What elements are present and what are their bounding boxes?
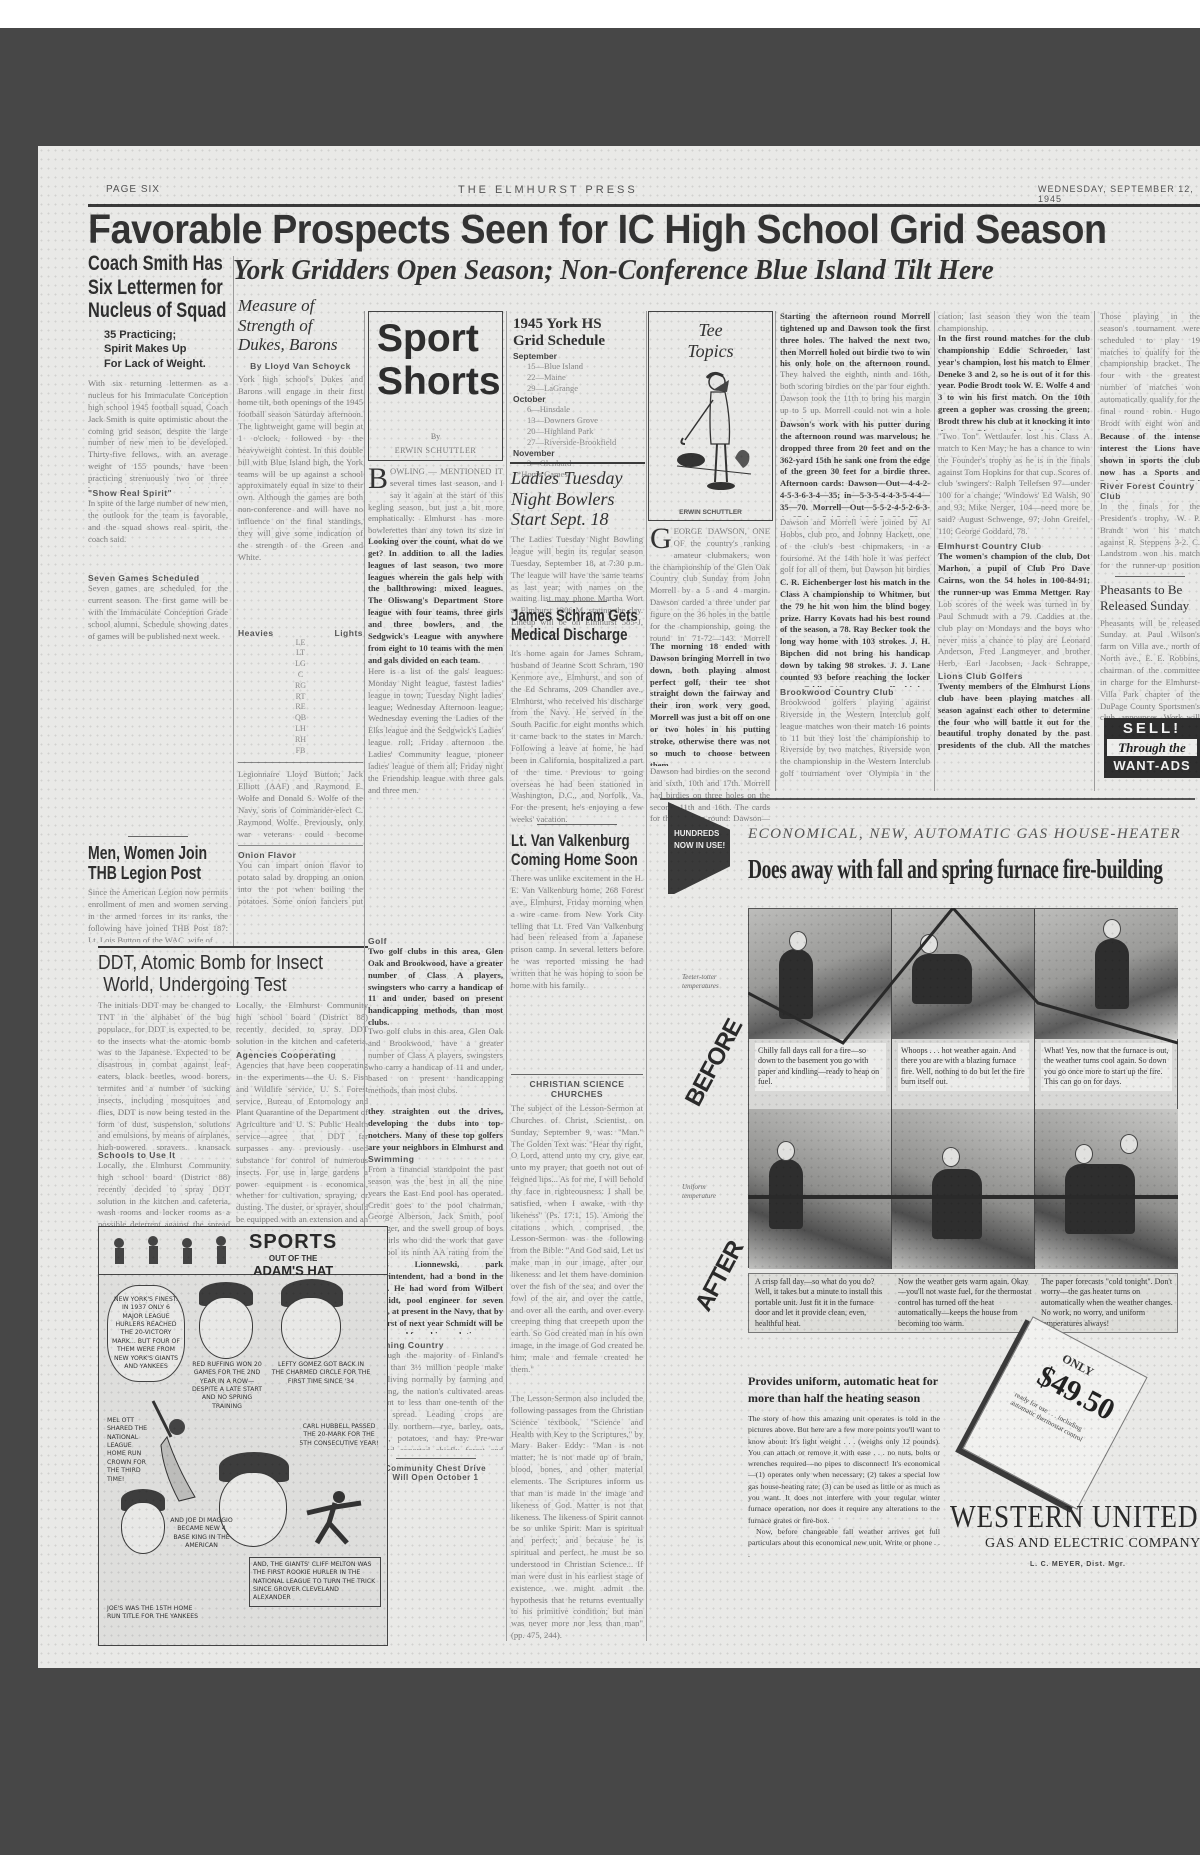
tee-topics-box: Tee Topics ERWIN SCHUTTLER — [648, 311, 773, 521]
headline: World, Undergoing Test — [98, 974, 336, 996]
subheadline: Spirit Makes Up — [104, 342, 228, 357]
price-tag: ONLY $49.50 ready for use . . . includin… — [962, 1316, 1147, 1509]
article-body: Brookwood golfers playing against Rivers… — [780, 697, 930, 782]
company-subtitle: GAS AND ELECTRIC COMPANY — [985, 1536, 1200, 1552]
divider — [547, 601, 607, 602]
article-body: In spite of the large number of new men,… — [88, 498, 228, 573]
headline: Men, Women Join — [88, 843, 197, 863]
tee-topics-title: Tee Topics — [649, 320, 772, 361]
after-caption: A crisp fall day—so what do you do? Well… — [755, 1277, 890, 1329]
divider — [238, 845, 363, 846]
article-body-bold: Starting the afternoon round Morrell tig… — [780, 311, 930, 369]
melton-caption: AND, THE GIANTS' CLIFF MELTON WAS THE FI… — [249, 1557, 381, 1607]
schedule-game: 20—Highland Park — [513, 426, 638, 437]
schedule-game: 15—Blue Island — [513, 361, 638, 372]
section-label: Seven Games Scheduled — [88, 573, 228, 583]
article-body: It's home again for James Schram, husban… — [511, 648, 643, 823]
headline: James Schram Gets — [511, 606, 614, 625]
section-label: River Forest Country Club — [1100, 481, 1200, 501]
byline-by: By — [369, 432, 502, 441]
schram-article: James Schram Gets Medical Discharge It's… — [511, 601, 643, 823]
comic-panel-3: What! Yes, now that the furnace is out, … — [1035, 909, 1178, 1269]
section-rule — [510, 462, 645, 464]
headline: DDT, Atomic Bomb for Insect — [98, 952, 336, 974]
joes-caption: JOE'S WAS THE 15TH HOME RUN TITLE FOR TH… — [107, 1605, 202, 1622]
hundreds-badge: HUNDREDS NOW IN USE! — [668, 802, 730, 894]
before-caption: What! Yes, now that the furnace is out, … — [1041, 1043, 1172, 1091]
column-rule — [233, 256, 234, 946]
york-measure-article: Measure of Strength of Dukes, Barons By … — [238, 296, 363, 910]
article-body: There was unlike excitement in the H. E.… — [511, 873, 643, 1078]
column-rule — [506, 311, 507, 1641]
divider — [128, 836, 188, 837]
van-valkenburg-article: Lt. Van Valkenburg Coming Home Soon Ther… — [511, 824, 643, 1078]
article-body: Dawson and Morrell were joined by Al Hob… — [780, 517, 930, 577]
article-body: Two golf clubs in this area, Glen Oak an… — [368, 1026, 503, 1106]
article-body: They halved the eighth, ninth and 16th, … — [780, 369, 930, 419]
before-temp-label: Teeter-totter temperatures — [682, 973, 737, 991]
article-body-bold: Two golf clubs in this area, Glen Oak an… — [368, 946, 503, 1026]
comic-panel-2: Whoops . . . hot weather again. And ther… — [892, 909, 1035, 1269]
issue-date: WEDNESDAY, SEPTEMBER 12, 1945 — [1038, 184, 1200, 204]
headline: CHRISTIAN SCIENCE CHURCHES — [511, 1079, 643, 1099]
column-rule — [646, 311, 647, 1641]
article-body: The Lesson-Sermon also included the foll… — [511, 1393, 643, 1653]
schedule-game: 29—LaGrange — [513, 383, 638, 394]
schedule-title: Grid Schedule — [513, 333, 638, 350]
headline: Measure of — [238, 296, 363, 316]
sport-shorts-box: Sport Shorts By ERWIN SCHUTTLER — [368, 311, 503, 461]
ruffing-caption: RED RUFFING WON 20 GAMES FOR THE 2ND YEA… — [187, 1361, 267, 1411]
gas-heater-ad: HUNDREDS NOW IN USE! ECONOMICAL, NEW, AU… — [660, 798, 1195, 1658]
section-label: Golf — [368, 936, 503, 946]
lineup-positions: LE LT LG C RG RT RE QB LH RH FB — [238, 638, 363, 757]
article-body: You can impart onion flavor to potato sa… — [238, 860, 363, 910]
article-body: Legionnaire Lloyd Button; Jack Elliott (… — [238, 769, 363, 841]
column-rule — [934, 311, 935, 791]
article-body: BOWLING — MENTIONED IT several times las… — [368, 466, 503, 536]
divider — [1115, 576, 1185, 577]
lineup-header: Lights — [335, 628, 364, 638]
article-body-bold: Because of the intense interest the Lion… — [1100, 431, 1200, 481]
article-body-bold: Looking over the count, what do we get? … — [368, 536, 503, 666]
section-label: Brookwood Country Club — [780, 687, 930, 697]
after-captions: A crisp fall day—so what do you do? Well… — [748, 1273, 1178, 1333]
drop-cap: G — [650, 526, 672, 552]
article-body: Seven games are scheduled for the curren… — [88, 583, 228, 758]
tee-topics-article: GEORGE DAWSON, ONE OF the country's rank… — [650, 526, 770, 826]
coach-smith-article: Coach Smith Has Six Lettermen for Nucleu… — [88, 252, 228, 758]
article-body: The subject of the Lesson-Sermon at Chur… — [511, 1103, 643, 1393]
headline: Night Bowlers — [511, 489, 643, 510]
ruffing-portrait — [199, 1297, 253, 1359]
dimaggio-caption: AND JOE DI MAGGIO BECAME NEW 4 BASE KING… — [169, 1517, 234, 1550]
after-caption: The paper forecasts "cold tonight". Don'… — [1041, 1277, 1176, 1329]
article-body-bold: The morning 18 ended with Dawson bringin… — [650, 641, 770, 766]
ad-body: The story of how this amazing unit opera… — [748, 1413, 940, 1560]
drop-cap: B — [368, 466, 388, 492]
article-body-bold: Dawson's work with his putter during the… — [780, 419, 930, 517]
article-body: York high school's Dukes and Barons will… — [238, 374, 363, 624]
headline: Dukes, Barons — [238, 335, 363, 355]
sell-line: SELL! — [1104, 720, 1200, 737]
gomez-portrait — [281, 1297, 341, 1359]
headline: Lt. Van Valkenburg — [511, 831, 614, 850]
ad-subhead: Provides uniform, automatic heat for mor… — [748, 1373, 948, 1408]
ddt-article: DDT, Atomic Bomb for Insect World, Under… — [98, 952, 368, 1260]
divider — [537, 824, 617, 825]
golfer-illustration-icon — [667, 370, 757, 500]
section-label: "Show Real Spirit" — [88, 488, 228, 498]
section-label: Swimming — [368, 1154, 503, 1164]
byline-author: ERWIN SCHUTTLER — [369, 446, 502, 455]
club-notes-article: ciation; last season they won the team c… — [938, 311, 1090, 753]
ad-border — [660, 798, 1195, 800]
footer-headline: Community Chest Drive — [368, 1464, 503, 1473]
headline: Ladies Tuesday — [511, 468, 643, 489]
article-body-bold: C. R. Eichenberger lost his match in the… — [780, 577, 930, 687]
cartoon-title: SPORTS OUT OF THE ADAM'S HAT — [249, 1231, 337, 1278]
before-caption: Whoops . . . hot weather again. And ther… — [898, 1043, 1029, 1091]
article-body: With six returning lettermen as a nucleu… — [88, 378, 228, 488]
section-label: Agencies Cooperating — [236, 1050, 368, 1060]
after-temp-label: Uniform temperature — [682, 1183, 737, 1201]
section-label: Lions Club Golfers — [938, 671, 1090, 681]
schedule-month: September — [513, 351, 638, 361]
comic-panel-1: Chilly fall days call for a fire—so down… — [749, 909, 892, 1269]
headline: Medical Discharge — [511, 625, 614, 644]
headline: Six Lettermen for — [88, 276, 197, 300]
pitcher-illustration-icon — [299, 1489, 369, 1549]
column-rule — [775, 311, 776, 791]
masthead: THE ELMHURST PRESS — [458, 184, 638, 196]
pheasants-headline: Pheasants to Be Released Sunday — [1100, 582, 1200, 615]
section-label: Onion Flavor — [238, 850, 363, 860]
after-caption: Now the weather gets warm again. Okay—yo… — [898, 1277, 1033, 1329]
footer-headline: Will Open October 1 — [368, 1473, 503, 1482]
section-label: Schools to Use It — [98, 1150, 230, 1160]
legion-post-article: Men, Women Join THB Legion Post Since th… — [88, 836, 228, 942]
article-body-bold: Louis Lionnewski, park superintendent, h… — [368, 1259, 503, 1334]
company-name: WESTERN UNITED — [950, 1498, 1198, 1535]
gomez-caption: LEFTY GOMEZ GOT BACK IN THE CHARMED CIRC… — [271, 1361, 371, 1386]
article-body: Those playing in the season's tournament… — [1100, 311, 1200, 431]
sports-cartoon: SPORTS OUT OF THE ADAM'S HAT NEW YORK'S … — [98, 1226, 388, 1646]
sell-line: Through the — [1107, 739, 1197, 756]
lions-continued: Those playing in the season's tournament… — [1100, 311, 1200, 728]
schedule-month: October — [513, 394, 638, 404]
article-body-bold: Twenty members of the Elmhurst Lions clu… — [938, 681, 1090, 753]
column-rule — [1094, 311, 1095, 791]
article-body: ciation; last season they won the team c… — [938, 311, 1090, 333]
sport-shorts-title: Sport Shorts — [377, 318, 501, 404]
headline: THB Legion Post — [88, 863, 197, 883]
tee-topics-author: ERWIN SCHUTTLER — [649, 509, 772, 516]
want-ads-promo: SELL! Through the WANT-ADS — [1104, 718, 1200, 778]
section-label: Farming Country — [368, 1340, 503, 1350]
article-body: Pheasants will be released Sunday at Pau… — [1100, 618, 1200, 728]
tee-topics-continued: Starting the afternoon round Morrell tig… — [780, 311, 930, 782]
article-body: Since the American Legion now permits en… — [88, 887, 228, 942]
article-body-bold: The women's champion of the club, Dot Ma… — [938, 551, 1090, 599]
hubbell-caption: CARL HUBBELL PASSED THE 20-MARK FOR THE … — [299, 1423, 379, 1448]
ott-caption: MEL OTT SHARED THE NATIONAL LEAGUE HOME … — [107, 1417, 152, 1484]
district-manager: L. C. MEYER, Dist. Mgr. — [1030, 1561, 1126, 1568]
schedule-game: 6—Hinsdale — [513, 404, 638, 415]
section-rule — [98, 946, 368, 948]
christian-science-article: CHRISTIAN SCIENCE CHURCHES The subject o… — [511, 1074, 643, 1653]
article-body: From a financial standpoint the past sea… — [368, 1164, 503, 1259]
ad-kicker: ECONOMICAL, NEW, AUTOMATIC GAS HOUSE-HEA… — [748, 826, 1181, 843]
before-caption: Chilly fall days call for a fire—so down… — [755, 1043, 886, 1091]
headline: Coming Home Soon — [511, 850, 614, 869]
article-body: Lob scores of the week was turned in by … — [938, 599, 1090, 671]
after-label: AFTER — [690, 1237, 750, 1316]
article-body: GEORGE DAWSON, ONE OF the country's rank… — [650, 526, 770, 641]
divider — [511, 1074, 643, 1075]
grid-schedule: 1945 York HS Grid Schedule September 15—… — [513, 316, 638, 480]
deck-headline: York Gridders Open Season; Non-Conferenc… — [233, 254, 994, 287]
dimaggio-portrait — [121, 1502, 165, 1554]
lineup-header: Heavies — [238, 628, 274, 638]
ballplayers-illustration-icon — [105, 1231, 245, 1273]
article-body: Although the majority of Finland's more … — [368, 1350, 503, 1450]
before-label: BEFORE — [680, 1015, 749, 1111]
comic-panels: Chilly fall days call for a fire—so down… — [748, 908, 1178, 1268]
banner-headline: Favorable Prospects Seen for IC High Sch… — [88, 206, 1107, 253]
headline: Coach Smith Has — [88, 252, 197, 276]
headline: Start Sept. 18 — [511, 509, 643, 530]
article-body-bold: they straighten out the drives, developi… — [368, 1106, 503, 1154]
article-body: Locally, the Elmhurst Community high sch… — [236, 1000, 368, 1050]
section-label: Elmhurst Country Club — [938, 541, 1090, 551]
schedule-title: 1945 York HS — [513, 316, 638, 333]
subheadline: 35 Practicing; — [104, 328, 228, 343]
article-body: The initials DDT may be changed to TNT i… — [98, 1000, 230, 1150]
newspaper-page: PAGE SIX THE ELMHURST PRESS WEDNESDAY, S… — [38, 146, 1200, 1668]
divider — [238, 762, 363, 763]
sport-shorts-article: BOWLING — MENTIONED IT several times las… — [368, 466, 503, 1482]
schedule-game: 27—Riverside-Brookfield — [513, 437, 638, 448]
schedule-game: 22—Maine — [513, 372, 638, 383]
uniform-temperature-line — [748, 1195, 1178, 1199]
article-body: In the finals for the President's trophy… — [1100, 501, 1200, 571]
page-label: PAGE SIX — [106, 184, 160, 195]
schedule-month: November — [513, 448, 638, 458]
schedule-game: 13—Downers Grove — [513, 415, 638, 426]
byline: By Lloyd Van Schoyck — [238, 361, 363, 371]
subheadline: For Lack of Weight. — [104, 357, 228, 372]
divider — [396, 1458, 476, 1459]
article-body: Here is a list of the gals' leagues: Mon… — [368, 666, 503, 936]
ad-headline: Does away with fall and spring furnace f… — [748, 854, 1163, 885]
headline: Strength of — [238, 316, 363, 336]
speech-bubble: NEW YORK'S FINEST: IN 1937 ONLY 6 MAJOR … — [107, 1285, 185, 1382]
sell-line: WANT-ADS — [1104, 758, 1200, 773]
article-body-bold: In the first round matches for the club … — [938, 333, 1090, 431]
headline: Nucleus of Squad — [88, 299, 197, 323]
article-body: "Two Ton" Wettlaufer lost his Class A ma… — [938, 431, 1090, 541]
